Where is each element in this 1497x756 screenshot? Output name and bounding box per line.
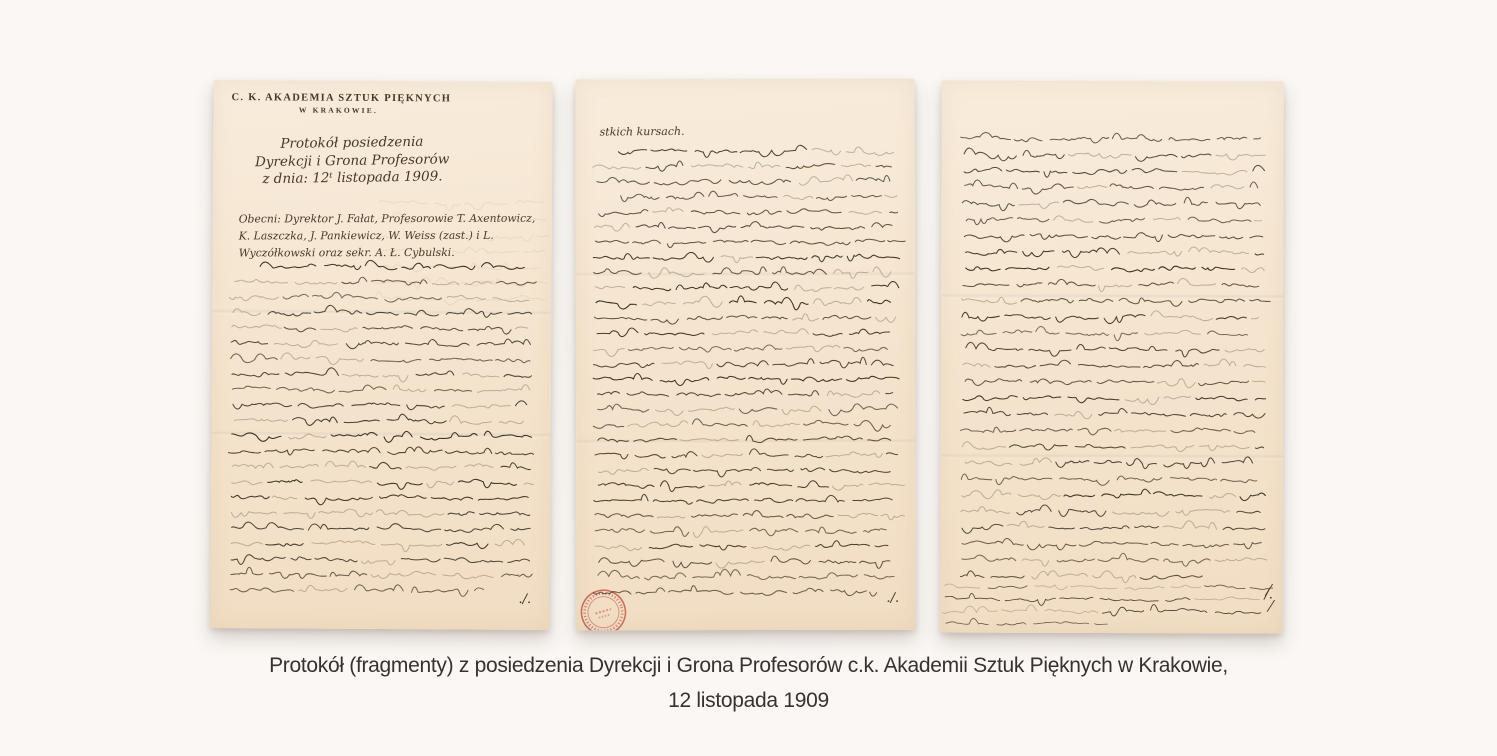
caption-line-1: Protokół (fragmenty) z posiedzenia Dyrek… — [0, 648, 1497, 683]
document-page-2: stkich kursach. ./. — [576, 79, 916, 631]
handwriting-body-page-3 — [940, 81, 1283, 634]
handwriting-body-page-2 — [576, 79, 916, 631]
handwriting-body-page-1 — [210, 80, 552, 630]
archival-photo: C. K. AKADEMIA SZTUK PIĘKNYCH W KRAKOWIE… — [0, 0, 1497, 756]
round-archive-stamp-icon — [576, 584, 632, 630]
image-caption: Protokół (fragmenty) z posiedzenia Dyrek… — [0, 648, 1497, 718]
caption-line-2: 12 listopada 1909 — [0, 683, 1497, 718]
document-page-1: C. K. AKADEMIA SZTUK PIĘKNYCH W KRAKOWIE… — [210, 80, 552, 630]
footnote-mark: /. — [1264, 587, 1273, 602]
page-end-mark: ./. — [886, 591, 899, 606]
document-page-3: /. — [940, 81, 1283, 634]
page-end-mark: ./. — [518, 592, 531, 607]
